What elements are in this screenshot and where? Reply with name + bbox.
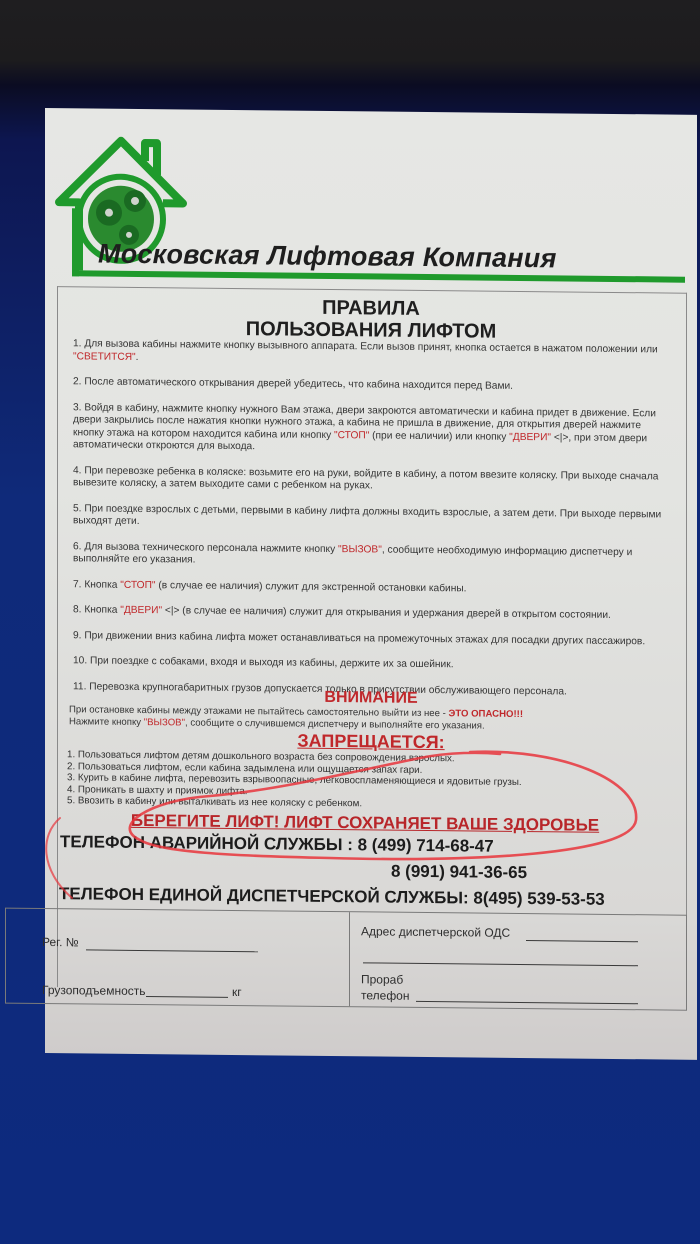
rules-list: 1. Для вызова кабины нажмите кнопку вызы… (73, 338, 663, 712)
lift-rules-poster: Московская Лифтовая Компания ПРАВИЛА ПОЛ… (45, 108, 697, 1060)
rule-text: При движении вниз кабина лифта может ост… (84, 630, 645, 647)
address-label: Адрес диспетчерской ОДС (361, 924, 510, 940)
info-form: Рег. № Грузоподъемность кг Адрес диспетч… (5, 908, 687, 1011)
rule-text: Для вызова технического персонала нажмит… (84, 541, 338, 555)
button-name: "ДВЕРИ" (509, 431, 551, 442)
rule-text: (при ее наличии) или кнопку (369, 430, 509, 442)
rule-text: Кнопка (84, 604, 120, 615)
rule-item: 3. Войдя в кабину, нажмите кнопку нужног… (73, 402, 663, 458)
rule-item: 10. При поездке с собаками, входя и выхо… (73, 655, 663, 674)
button-name: "СВЕТИТСЯ" (73, 351, 136, 363)
emergency-phone-2: 8 (991) 941-36-65 (391, 862, 527, 883)
form-divider (349, 912, 350, 1006)
rule-item: 6. Для вызова технического персонала наж… (73, 541, 663, 572)
rule-item: 4. При перевозке ребенка в коляске: возь… (73, 465, 663, 496)
rule-text: При поездке с собаками, входя и выходя и… (90, 655, 454, 670)
dispatch-phone-label: ТЕЛЕФОН ЕДИНОЙ ДИСПЕТЧЕРСКОЙ СЛУЖБЫ: (59, 884, 473, 907)
phone-label: телефон (361, 988, 410, 1003)
rule-text: После автоматического открывания дверей … (84, 376, 513, 391)
button-name: "СТОП" (334, 430, 369, 441)
company-name: Московская Лифтовая Компания (98, 239, 557, 275)
emergency-phone-label: ТЕЛЕФОН АВАРИЙНОЙ СЛУЖБЫ : (60, 832, 358, 854)
reg-label: Рег. № (42, 935, 79, 949)
warning-line-2: Нажмите кнопку (69, 716, 144, 728)
rule-item: 2. После автоматического открывания двер… (73, 376, 663, 395)
capacity-field[interactable] (146, 996, 228, 998)
capacity-unit: кг (232, 985, 242, 999)
address-field-2[interactable] (363, 962, 638, 966)
rule-text: . (136, 351, 139, 362)
rule-item: 8. Кнопка "ДВЕРИ" <|> (в случае ее налич… (73, 604, 663, 623)
rule-text: <|> (в случае ее наличия) служит для отк… (162, 605, 611, 621)
brand-rule-vertical (72, 208, 79, 276)
button-name: "СТОП" (120, 579, 155, 590)
rule-text: (в случае ее наличия) служит для экстрен… (156, 580, 467, 594)
foreman-phone-field[interactable] (416, 1001, 638, 1004)
foreman-label: Прораб (361, 972, 403, 986)
rule-item: 1. Для вызова кабины нажмите кнопку вызы… (73, 338, 663, 369)
rule-item: 5. При поездке взрослых с детьми, первым… (73, 503, 663, 534)
warning-danger: ЭТО ОПАСНО!!! (449, 708, 524, 720)
button-name: "ВЫЗОВ" (338, 544, 382, 555)
rule-text: При перевозке ребенка в коляске: возьмит… (73, 465, 658, 492)
address-field[interactable] (526, 940, 638, 942)
call-button-label: "ВЫЗОВ" (144, 717, 185, 728)
dispatch-phone-number: 8(495) 539-53-53 (473, 888, 604, 908)
forbidden-list: 1. Пользоваться лифтом детям дошкольного… (67, 749, 667, 813)
rule-item: 7. Кнопка "СТОП" (в случае ее наличия) с… (73, 579, 663, 598)
rule-text: Кнопка (84, 579, 120, 590)
emergency-phone-number: 8 (499) 714-68-47 (358, 835, 494, 855)
rule-item: 9. При движении вниз кабина лифта может … (73, 630, 663, 649)
reg-field[interactable] (86, 949, 258, 952)
rule-text: При поездке взрослых с детьми, первыми в… (73, 503, 661, 527)
button-name: "ДВЕРИ" (120, 605, 162, 616)
capacity-label: Грузоподъемность (42, 983, 146, 998)
